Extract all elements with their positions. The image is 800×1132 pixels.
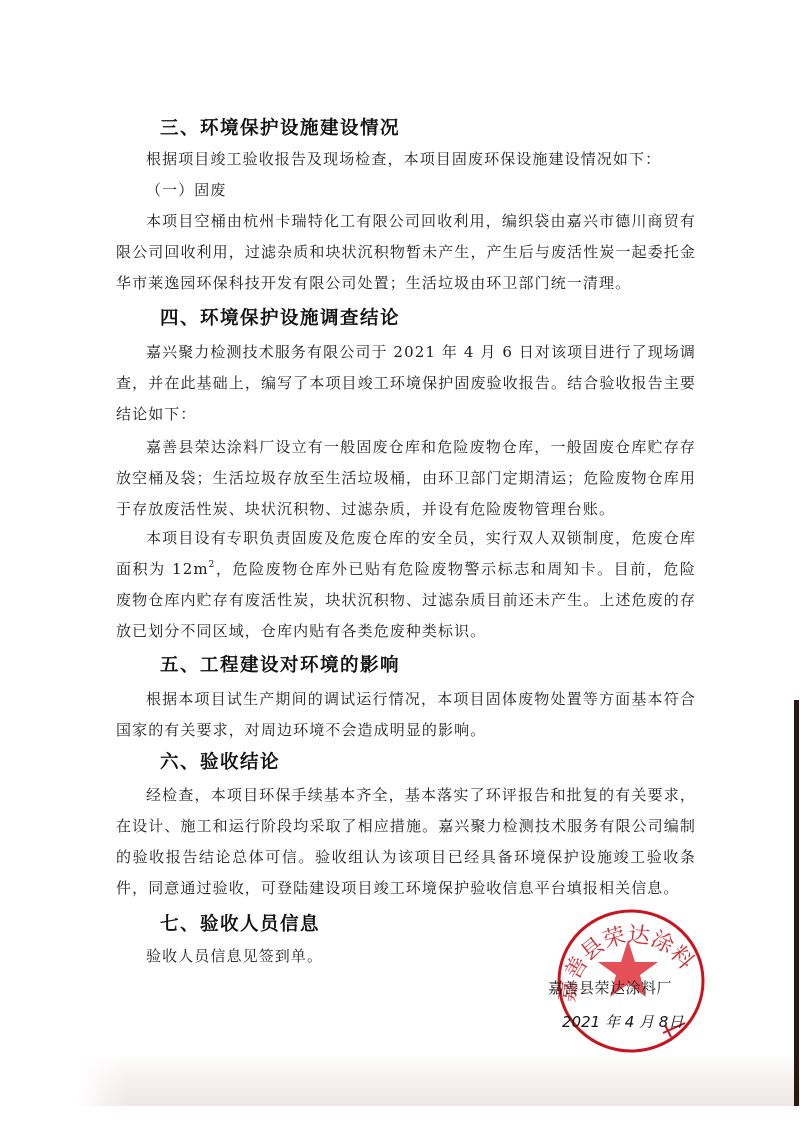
scan-background [0,1106,800,1132]
area-value: 12m [172,560,209,578]
section-heading-4: 四、环境保护设施调查结论 [160,304,400,330]
paragraph: 经检查，本项目环保手续基本齐全，基本落实了环评报告和批复的有关要求，在设计、施工… [116,780,696,904]
superscript: 2 [209,560,216,570]
paragraph: 嘉善县荣达涂料厂设立有一般固废仓库和危险废物仓库，一般固废仓库贮存存放空桶及袋；… [116,432,696,525]
page-right-edge [794,700,799,1106]
section-heading-5: 五、工程建设对环境的影响 [160,651,400,677]
signature-date: 2021 年 4 月 8日 [562,1011,683,1032]
paragraph: 根据本项目试生产期间的调试运行情况，本项目固体废物处置等方面基本符合国家的有关要… [116,684,696,746]
paragraph: 本项目空桶由杭州卡瑞特化工有限公司回收利用，编织袋由嘉兴市德川商贸有限公司回收利… [116,206,696,299]
paragraph: 本项目设有专职负责固废及危废仓库的安全员，实行双人双锁制度，危废仓库面积为 12… [116,523,696,647]
page-bottom-fade [0,1054,130,1106]
paragraph: 根据项目竣工验收报告及现场检查，本项目固废环保设施建设情况如下： [116,144,696,175]
subheading-solid-waste: （一）固废 [146,175,726,206]
section-heading-7: 七、验收人员信息 [160,910,320,936]
section-heading-6: 六、验收结论 [160,748,280,774]
paragraph: 嘉兴聚力检测技术服务有限公司于 2021 年 4 月 6 日对该项目进行了现场调… [116,337,696,430]
section-heading-3: 三、环境保护设施建设情况 [160,114,400,140]
signature-company: 嘉善县荣达涂料厂 [548,977,672,998]
